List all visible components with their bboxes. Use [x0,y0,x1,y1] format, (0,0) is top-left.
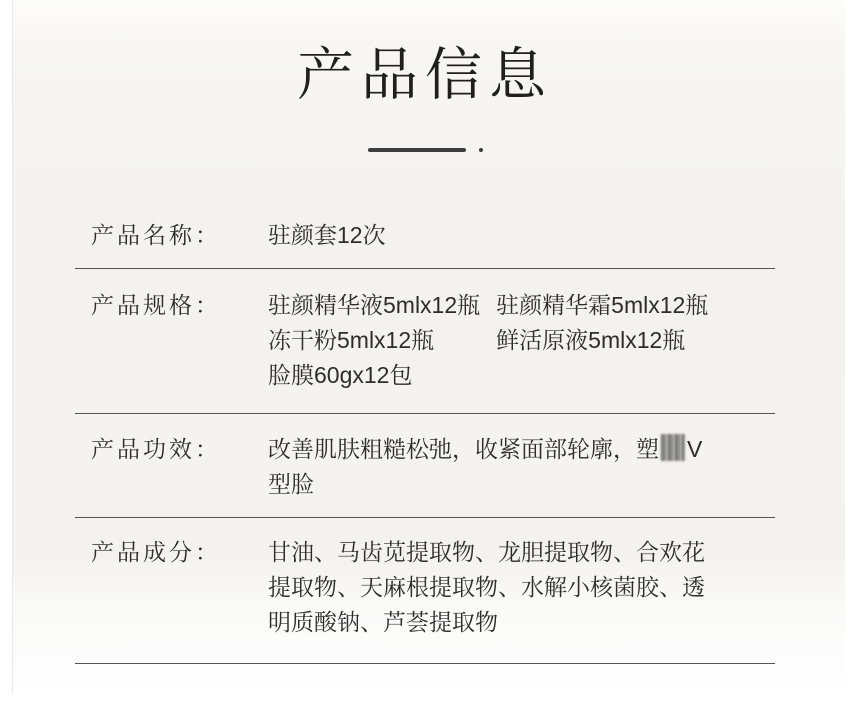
product-info-page: 产品信息 产品名称： 驻颜套12次 产品规格： 驻颜精华液5mlx12瓶 冻干粉… [0,0,850,711]
row-divider [75,663,775,664]
spec-line: 脸膜60gx12包 [268,358,480,393]
product-info-table: 产品名称： 驻颜套12次 产品规格： 驻颜精华液5mlx12瓶 冻干粉5mlx1… [75,152,775,664]
table-row-product-name: 产品名称： 驻颜套12次 [75,152,775,268]
effect-line-2: 型脸 [268,467,775,502]
effect-text-before-censor: 改善肌肤粗糙松弛，收紧面部轮廓，塑 [268,436,659,462]
ingredients-line: 明质酸钠、芦荟提取物 [268,605,775,640]
ingredients-line: 提取物、天麻根提取物、水解小核菌胶、透 [268,570,775,605]
table-row-product-effect: 产品功效： 改善肌肤粗糙松弛，收紧面部轮廓，塑V 型脸 [75,414,775,517]
row-label: 产品成分： [91,535,268,570]
spec-line: 冻干粉5mlx12瓶 [268,323,480,358]
row-value: 甘油、马齿苋提取物、龙胆提取物、合欢花 提取物、天麻根提取物、水解小核菌胶、透 … [268,535,775,640]
spec-column-2: 驻颜精华霜5mlx12瓶 鲜活原液5mlx12瓶 [496,288,708,393]
title-divider-dot [479,148,483,152]
censored-mosaic-block [661,434,685,461]
row-value: 驻颜套12次 [268,218,775,253]
table-row-product-ingredients: 产品成分： 甘油、马齿苋提取物、龙胆提取物、合欢花 提取物、天麻根提取物、水解小… [75,518,775,663]
page-right-edge [845,0,850,711]
table-row-product-spec: 产品规格： 驻颜精华液5mlx12瓶 冻干粉5mlx12瓶 脸膜60gx12包 … [75,269,775,413]
page-title: 产品信息 [0,0,850,108]
spec-line: 驻颜精华液5mlx12瓶 [268,288,480,323]
row-value: 改善肌肤粗糙松弛，收紧面部轮廓，塑V 型脸 [268,432,775,502]
spec-line: 鲜活原液5mlx12瓶 [496,323,708,358]
ingredients-line: 甘油、马齿苋提取物、龙胆提取物、合欢花 [268,535,775,570]
row-label: 产品名称： [91,218,268,253]
spec-column-1: 驻颜精华液5mlx12瓶 冻干粉5mlx12瓶 脸膜60gx12包 [268,288,480,393]
spec-columns: 驻颜精华液5mlx12瓶 冻干粉5mlx12瓶 脸膜60gx12包 驻颜精华霜5… [268,288,775,393]
effect-text-after-censor: V [687,436,702,462]
row-value: 驻颜精华液5mlx12瓶 冻干粉5mlx12瓶 脸膜60gx12包 驻颜精华霜5… [268,288,775,393]
page-left-edge [0,0,13,694]
spec-line: 驻颜精华霜5mlx12瓶 [496,288,708,323]
row-label: 产品功效： [91,432,268,467]
title-divider-line [368,148,466,152]
effect-line-1: 改善肌肤粗糙松弛，收紧面部轮廓，塑V [268,432,775,467]
row-label: 产品规格： [91,288,268,323]
page-bottom-edge [0,694,850,711]
